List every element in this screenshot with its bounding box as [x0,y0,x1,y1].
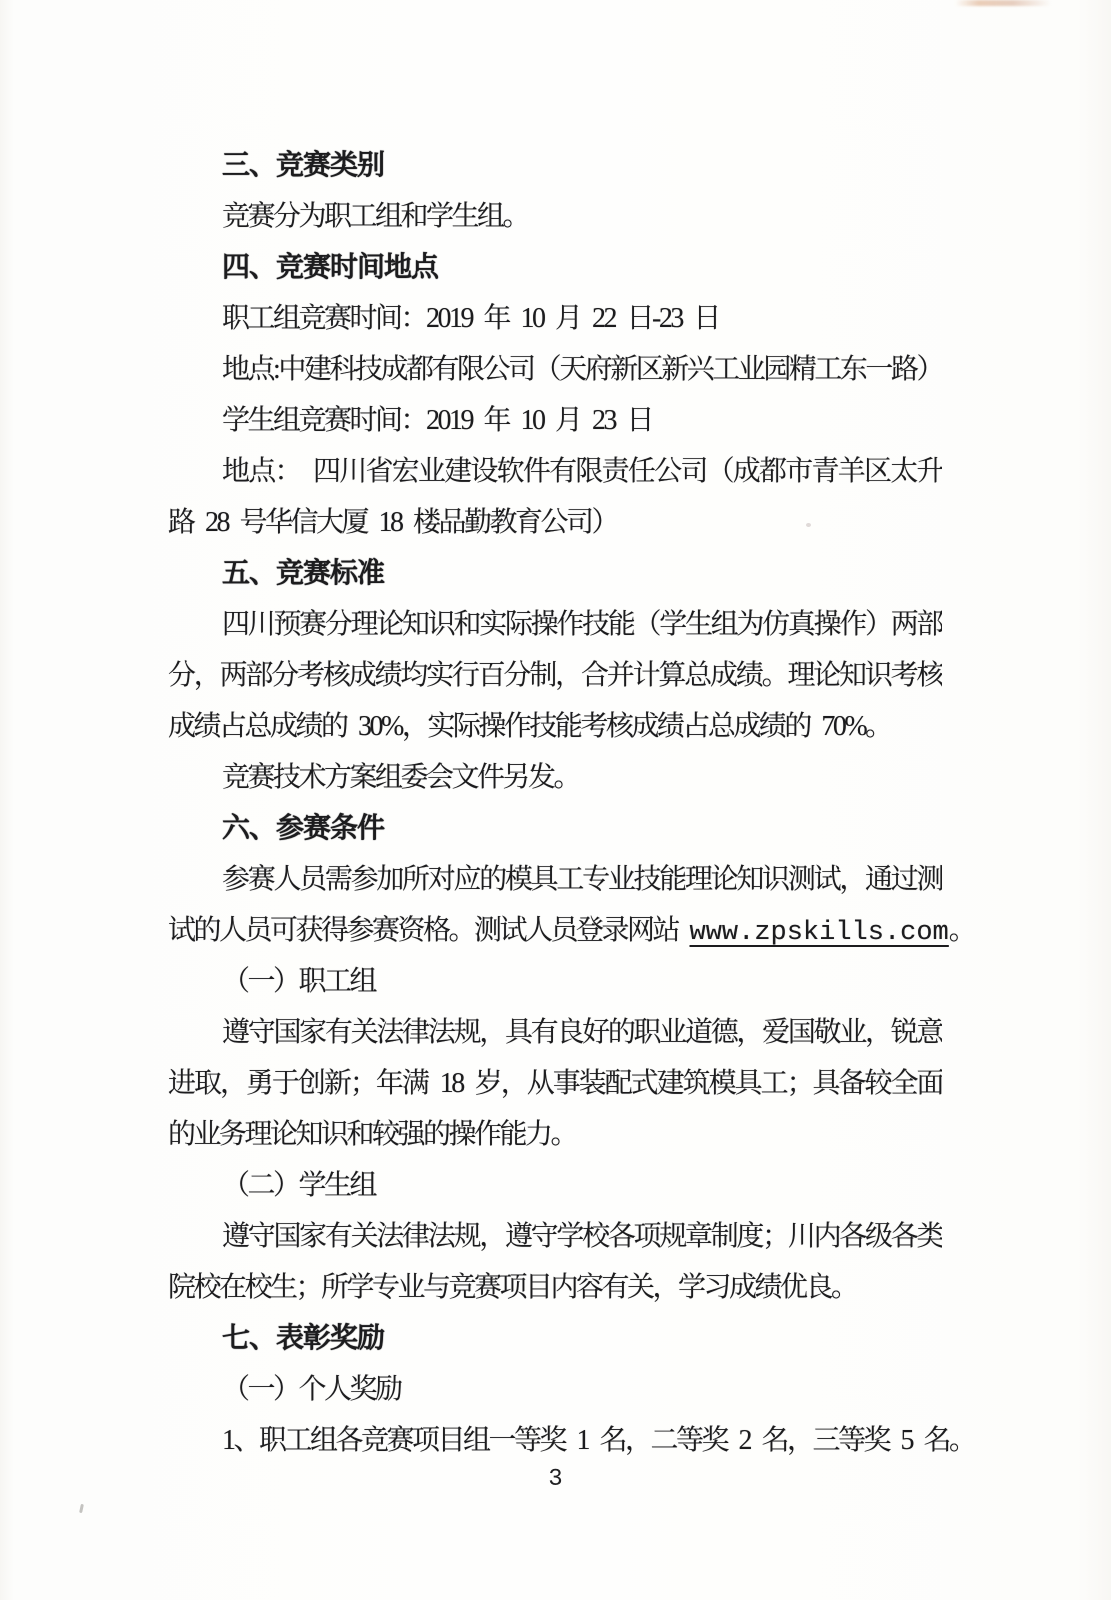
doc-line: 竞赛技术方案组委会文件另发。 [168,752,942,803]
section-heading-3: 三、竞赛类别 [168,140,942,191]
doc-line: 参赛人员需参加所对应的模具工专业技能理论知识测试，通过测 [168,854,942,905]
doc-line-with-url: 试的人员可获得参赛资格。测试人员登录网站 www.zpskills.com。 [168,905,942,956]
section-heading-4: 四、竞赛时间地点 [168,242,942,293]
subsection-heading: （一）个人奖励 [168,1364,942,1415]
doc-line: 的业务理论知识和较强的操作能力。 [168,1109,942,1160]
doc-line: 竞赛分为职工组和学生组。 [168,191,942,242]
website-url: www.zpskills.com [690,918,949,948]
doc-line: 地点： 四川省宏业建设软件有限责任公司（成都市青羊区太升北 [168,446,942,497]
doc-line: 地点:中建科技成都有限公司（天府新区新兴工业园精工东一路） [168,344,942,395]
document-body: 三、竞赛类别 竞赛分为职工组和学生组。 四、竞赛时间地点 职工组竞赛时间：201… [168,140,942,1466]
doc-line: 1、职工组各竞赛项目组一等奖 1 名，二等奖 2 名，三等奖 5 名。 [168,1415,942,1466]
doc-line: 职工组竞赛时间：2019 年 10 月 22 日-23 日 [168,293,942,344]
doc-line-text: 。 [949,915,975,946]
doc-line: 路 28 号华信大厦 18 楼品勤教育公司） [168,497,942,548]
doc-line: 四川预赛分理论知识和实际操作技能（学生组为仿真操作）两部 [168,599,942,650]
doc-line: 进取，勇于创新；年满 18 岁，从事装配式建筑模具工；具备较全面 [168,1058,942,1109]
page-number: 3 [0,1466,1111,1493]
scan-speck-artifact [79,1504,84,1513]
doc-line: 遵守国家有关法律法规，遵守学校各项规章制度；川内各级各类 [168,1211,942,1262]
subsection-heading: （一）职工组 [168,956,942,1007]
doc-line: 成绩占总成绩的 30%，实际操作技能考核成绩占总成绩的 70%。 [168,701,942,752]
doc-line: 学生组竞赛时间：2019 年 10 月 23 日 [168,395,942,446]
section-heading-6: 六、参赛条件 [168,803,942,854]
doc-line: 遵守国家有关法律法规，具有良好的职业道德，爱国敬业，锐意 [168,1007,942,1058]
doc-line-text: 试的人员可获得参赛资格。测试人员登录网站 [168,915,690,946]
subsection-heading: （二）学生组 [168,1160,942,1211]
section-heading-7: 七、表彰奖励 [168,1313,942,1364]
scan-smudge-artifact [955,0,1051,6]
doc-line: 院校在校生；所学专业与竞赛项目内容有关，学习成绩优良。 [168,1262,942,1313]
document-page: 三、竞赛类别 竞赛分为职工组和学生组。 四、竞赛时间地点 职工组竞赛时间：201… [0,0,1111,1600]
section-heading-5: 五、竞赛标准 [168,548,942,599]
doc-line: 分，两部分考核成绩均实行百分制，合并计算总成绩。理论知识考核 [168,650,942,701]
